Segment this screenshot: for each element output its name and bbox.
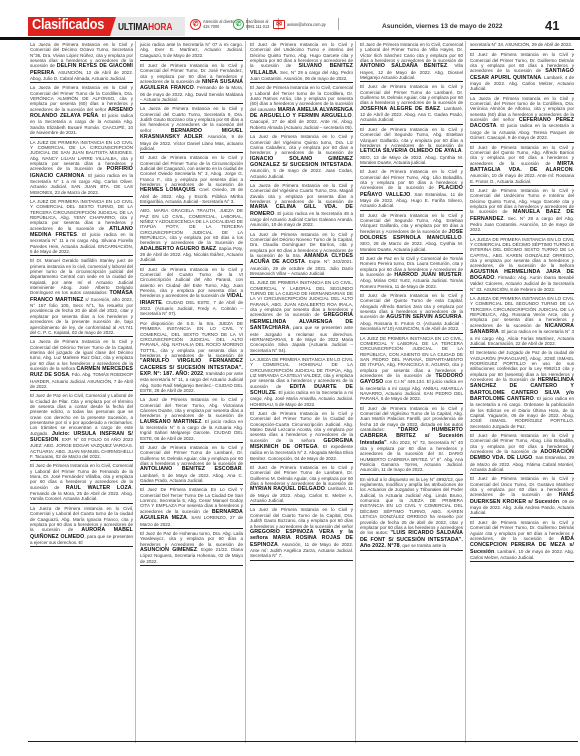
legal-notice: La Jueza de Primera Instancia en lo Civi… bbox=[250, 182, 353, 230]
legal-notice: El Juez de Primera Instancia en lo Civil… bbox=[360, 292, 463, 333]
deceased-name: LAUREANO MARTINEZ bbox=[140, 419, 201, 425]
notice-body: LA JUEZ DE PRIMERA INSTANCIA EN LO CIVIL… bbox=[360, 336, 463, 378]
page-header: Clasificados ULTIMAHORA ✆ Atención al cl… bbox=[0, 0, 580, 36]
deceased-name: HERMES LOMAQUIS bbox=[140, 187, 195, 193]
legal-notice: Por disposición de S.S. la Sra. JUEZA DE… bbox=[140, 320, 243, 395]
legal-notice: ABG. MARIA GRACIELA TRAUTH, JUEZA DE PAZ… bbox=[140, 207, 243, 264]
legal-notice: El Juez de Primera Instancia en lo Civil… bbox=[360, 405, 463, 475]
phone-label: Atención al cliente: bbox=[203, 19, 236, 25]
legal-notice: El Juez de Primera Instancia en lo Civil… bbox=[250, 410, 353, 463]
legal-notice: La Jueza de Primera Instancia en lo Civi… bbox=[30, 338, 133, 391]
deceased-name: MYRIAN RAQUEL DELGADO bbox=[250, 486, 325, 492]
legal-notice: El Juez de Primera Instancia en lo Civil… bbox=[470, 144, 574, 186]
deceased-name: HARROD JUAN MUSTER bbox=[394, 272, 461, 278]
notice-body: El Juez de Primera Instancia en lo Civil… bbox=[360, 42, 463, 63]
legal-notice: LA JUEZ DE PRIMERA INSTANCIA EN LO CIVIL… bbox=[30, 139, 133, 197]
notice-body: juicio radica ante la Secretaría N° 07 a… bbox=[140, 42, 243, 58]
legal-notice: El Juez de Primera Instancia en lo Civil… bbox=[250, 84, 353, 132]
phone-number: 415 7000 bbox=[203, 24, 236, 30]
notice-body: El Juez de Primera Instancia en lo Civil… bbox=[250, 465, 353, 486]
column-1: La Jueza de Primera Instancia en lo Civi… bbox=[28, 41, 136, 743]
legal-notice: secretaría N° 34. ASUNCIÓN, 29 de Abril … bbox=[470, 41, 574, 50]
notice-body: La Juez de Primera Instancia en lo Civil… bbox=[250, 134, 353, 155]
notice-body: El Juez de Primera Instancia en lo Civil… bbox=[360, 84, 463, 105]
notice-body: El Juez de Primera Instancia en lo Civil… bbox=[140, 445, 243, 466]
legal-notice: La Jueza de Primera Instancia en lo Civi… bbox=[470, 95, 574, 143]
deceased-name: LETICIA SILVERIA OLMEDO DE AYALA bbox=[360, 148, 462, 154]
legal-notice: La Juez de Primera Instancia en lo Civil… bbox=[140, 396, 243, 443]
legal-notice: El Juez de Primera Instancia en lo Civil… bbox=[470, 475, 574, 517]
legal-notice: El Juez de Primera Instancia en lo Civil… bbox=[140, 266, 243, 319]
legal-notice: El Juez de Primera Instancia en lo Civil… bbox=[470, 187, 574, 235]
logo-hora: HORA bbox=[148, 21, 172, 33]
legal-notice: El Juez de Primera Instancia en lo Civil… bbox=[360, 41, 463, 82]
footer-rule bbox=[28, 741, 578, 742]
header-rule bbox=[0, 37, 580, 40]
legal-notice: La Jueza de Primera Instancia en lo Civi… bbox=[30, 84, 133, 137]
legal-notice: El Juez de Paz de Hohenau turno, Dra. Ab… bbox=[140, 530, 243, 566]
contact-email: ✉ avisos@uhora.com.py bbox=[273, 18, 339, 30]
legal-notice: En virtud a lo dispuesto en la Ley N° 49… bbox=[360, 476, 463, 551]
notice-body: La Juez de Primera Instancia en lo Civil… bbox=[250, 507, 353, 528]
deceased-name: AGUSTIN SERVIN ASCURRA bbox=[386, 314, 462, 320]
column-2: juicio radica ante la Secretaría N° 07 a… bbox=[138, 41, 246, 743]
legal-notice: El Juez de Primera Instancia en lo Civil… bbox=[470, 51, 574, 93]
section-title: Clasificados bbox=[32, 16, 104, 33]
legal-notice: LA JUEZA DE PRIMERA INSTANCIA EN LO CIVI… bbox=[470, 295, 574, 348]
mail-icon: ✉ bbox=[273, 20, 285, 29]
legal-notice: LA JUEZ DE PRIMERA INSTANCIA EN LO CIVIL… bbox=[360, 335, 463, 404]
deceased-name: JOSEFINA ALEGRE DE BAEZ bbox=[360, 106, 440, 112]
notice-body: La Jueza de Primera Instancia en lo Civi… bbox=[250, 183, 353, 204]
legal-notice: El Juez de Primera Instancia en lo Civil… bbox=[360, 126, 463, 167]
divider bbox=[338, 18, 339, 30]
legal-notice: El Juez de Primera Instancia en lo Civil… bbox=[140, 444, 243, 485]
deceased-name: ADALBERTO AGUERO BAEZ bbox=[140, 246, 216, 252]
legal-notice: La Juez de Primera Instancia en lo Civil… bbox=[250, 231, 353, 279]
legal-notice: El Juez de Primera Instancia en lo Civil… bbox=[140, 154, 243, 206]
page-number: 41 bbox=[545, 18, 559, 33]
legal-notice: LA JUEZA DE PRIMERA INSTANCIA EN LO CIVI… bbox=[470, 236, 574, 294]
legal-notice: LA JUEZ DE PRIMERA INSTANCIA EN LO CIVIL… bbox=[30, 198, 133, 256]
notice-body: Por disposición de S.S. la Sra. JUEZA DE… bbox=[140, 321, 243, 358]
notice-body: El Juez de Paz en lo Civil, Comercial y … bbox=[30, 393, 133, 435]
whatsapp-icon: ✆ bbox=[233, 19, 244, 30]
legal-notice: El Juez de Paz en lo Civil, Comercial y … bbox=[30, 392, 133, 461]
legal-notice: La Jueza de Primera Instancia en lo Civi… bbox=[30, 505, 133, 547]
logo-ultima: ULTIMA bbox=[118, 21, 148, 33]
legal-notice: El Juez de Primera Instancia en lo Civil… bbox=[250, 464, 353, 505]
legal-notice: El Juez de Paz en lo Civil y Comercial d… bbox=[360, 255, 463, 291]
deceased-name: RAUL WALTER LOZA bbox=[66, 485, 132, 491]
classifieds-columns: La Jueza de Primera Instancia en lo Civi… bbox=[28, 41, 578, 743]
legal-notice: LA JUEZA DE PRIMERA INSTANCIA EN LO CIVI… bbox=[250, 356, 353, 409]
notice-body: El Juez de Paz de Hohenau turno, Dra. Ab… bbox=[140, 531, 243, 547]
legal-notice: El Juez De Primera Instancia En Lo Civil… bbox=[140, 486, 243, 528]
column-3: El Juez de Primera Instancia en lo Civil… bbox=[248, 41, 356, 743]
legal-notice: EL JUEZ DE PRIMERA INSTANCIA EN LO CIVIL… bbox=[250, 279, 353, 354]
notice-body: El Juez de Primera Instancia en lo Civil… bbox=[470, 520, 574, 541]
deceased-name: ANTONIO SALDAÑA BENITEZ bbox=[360, 63, 447, 69]
whatsapp-label: Escríbinos al bbox=[246, 19, 269, 25]
legal-notice: juicio radica ante la Secretaría N° 07 a… bbox=[140, 41, 243, 61]
publication-date: Asunción, viernes 13 de mayo de 2022 bbox=[382, 23, 503, 30]
legal-notice: El Secretario del Juzgado de Paz de la c… bbox=[470, 349, 574, 431]
legal-notice: El Juez de Primera Instancia en lo Civil… bbox=[470, 519, 574, 562]
phone-icon: ✆ bbox=[190, 19, 201, 30]
legal-notice: El Juez de Primera Instancia en lo Civil… bbox=[30, 462, 133, 503]
deceased-name: ANTOLIANO BENITEZ ESCOBAR bbox=[140, 466, 242, 472]
whatsapp-number: 0981 111 013 bbox=[246, 24, 269, 30]
notice-body: El Juez de Primera Instancia en lo Civil… bbox=[360, 127, 463, 148]
column-4: El Juez de Primera Instancia en lo Civil… bbox=[358, 41, 466, 743]
legal-notice: El Dr. Manuel Geraldo Saifildín Stanley … bbox=[30, 257, 133, 337]
column-5: secretaría N° 34. ASUNCIÓN, 29 de Abril … bbox=[468, 41, 576, 743]
legal-notice: El Juez de Primera Instancia en lo Civil… bbox=[360, 212, 463, 254]
legal-notice: El Juez de Primera Instancia en lo Civil… bbox=[250, 41, 353, 83]
legal-notice: La Jueza de Primera Instancia en lo Civi… bbox=[30, 41, 133, 83]
legal-notice: El Juez de Primera Instancia en lo Civil… bbox=[470, 432, 574, 474]
notice-body: La Juez de Primera Instancia en lo Civil… bbox=[140, 397, 243, 418]
notice-body: El Juez de Primera Instancia en lo Civil… bbox=[140, 155, 243, 187]
legal-notice: El Juez de Primera Instancia en lo Civil… bbox=[140, 62, 243, 104]
legal-notice: El Juez de Primera Instancia en lo Civil… bbox=[360, 168, 463, 210]
email-address: avisos@uhora.com.py bbox=[287, 22, 326, 28]
deceased-name: IGNACIO SOLANO GIMENEZ GONZALEZ S/ SUCES… bbox=[250, 156, 353, 168]
legal-notice: La Jueza de Primera Instancia en lo Civi… bbox=[140, 105, 243, 153]
legal-notice: La Juez de Primera Instancia en lo Civil… bbox=[250, 133, 353, 181]
legal-notice: El Juez de Primera Instancia en lo Civil… bbox=[360, 83, 463, 124]
newspaper-logo: ULTIMAHORA bbox=[118, 21, 172, 33]
notice-body: ABG. MARIA GRACIELA TRAUTH, JUEZA DE PAZ… bbox=[140, 208, 243, 245]
legal-notice: La Juez de Primera Instancia en lo Civil… bbox=[250, 506, 353, 560]
notice-details: , que se tramita ante la bbox=[400, 543, 446, 548]
deceased-name: ASUNCION GIMENEZ bbox=[140, 547, 197, 553]
notice-body: secretaría N° 34. ASUNCIÓN, 29 de Abril … bbox=[470, 42, 572, 47]
notice-details: s/ Sucesión, año 2022, N° 157 folio 105,… bbox=[30, 297, 133, 335]
notice-body: LA JUEZA DE PRIMERA INSTANCIA EN LO CIVI… bbox=[470, 237, 574, 269]
notice-body: En virtud a lo dispuesto en la Ley N° 49… bbox=[360, 477, 463, 535]
